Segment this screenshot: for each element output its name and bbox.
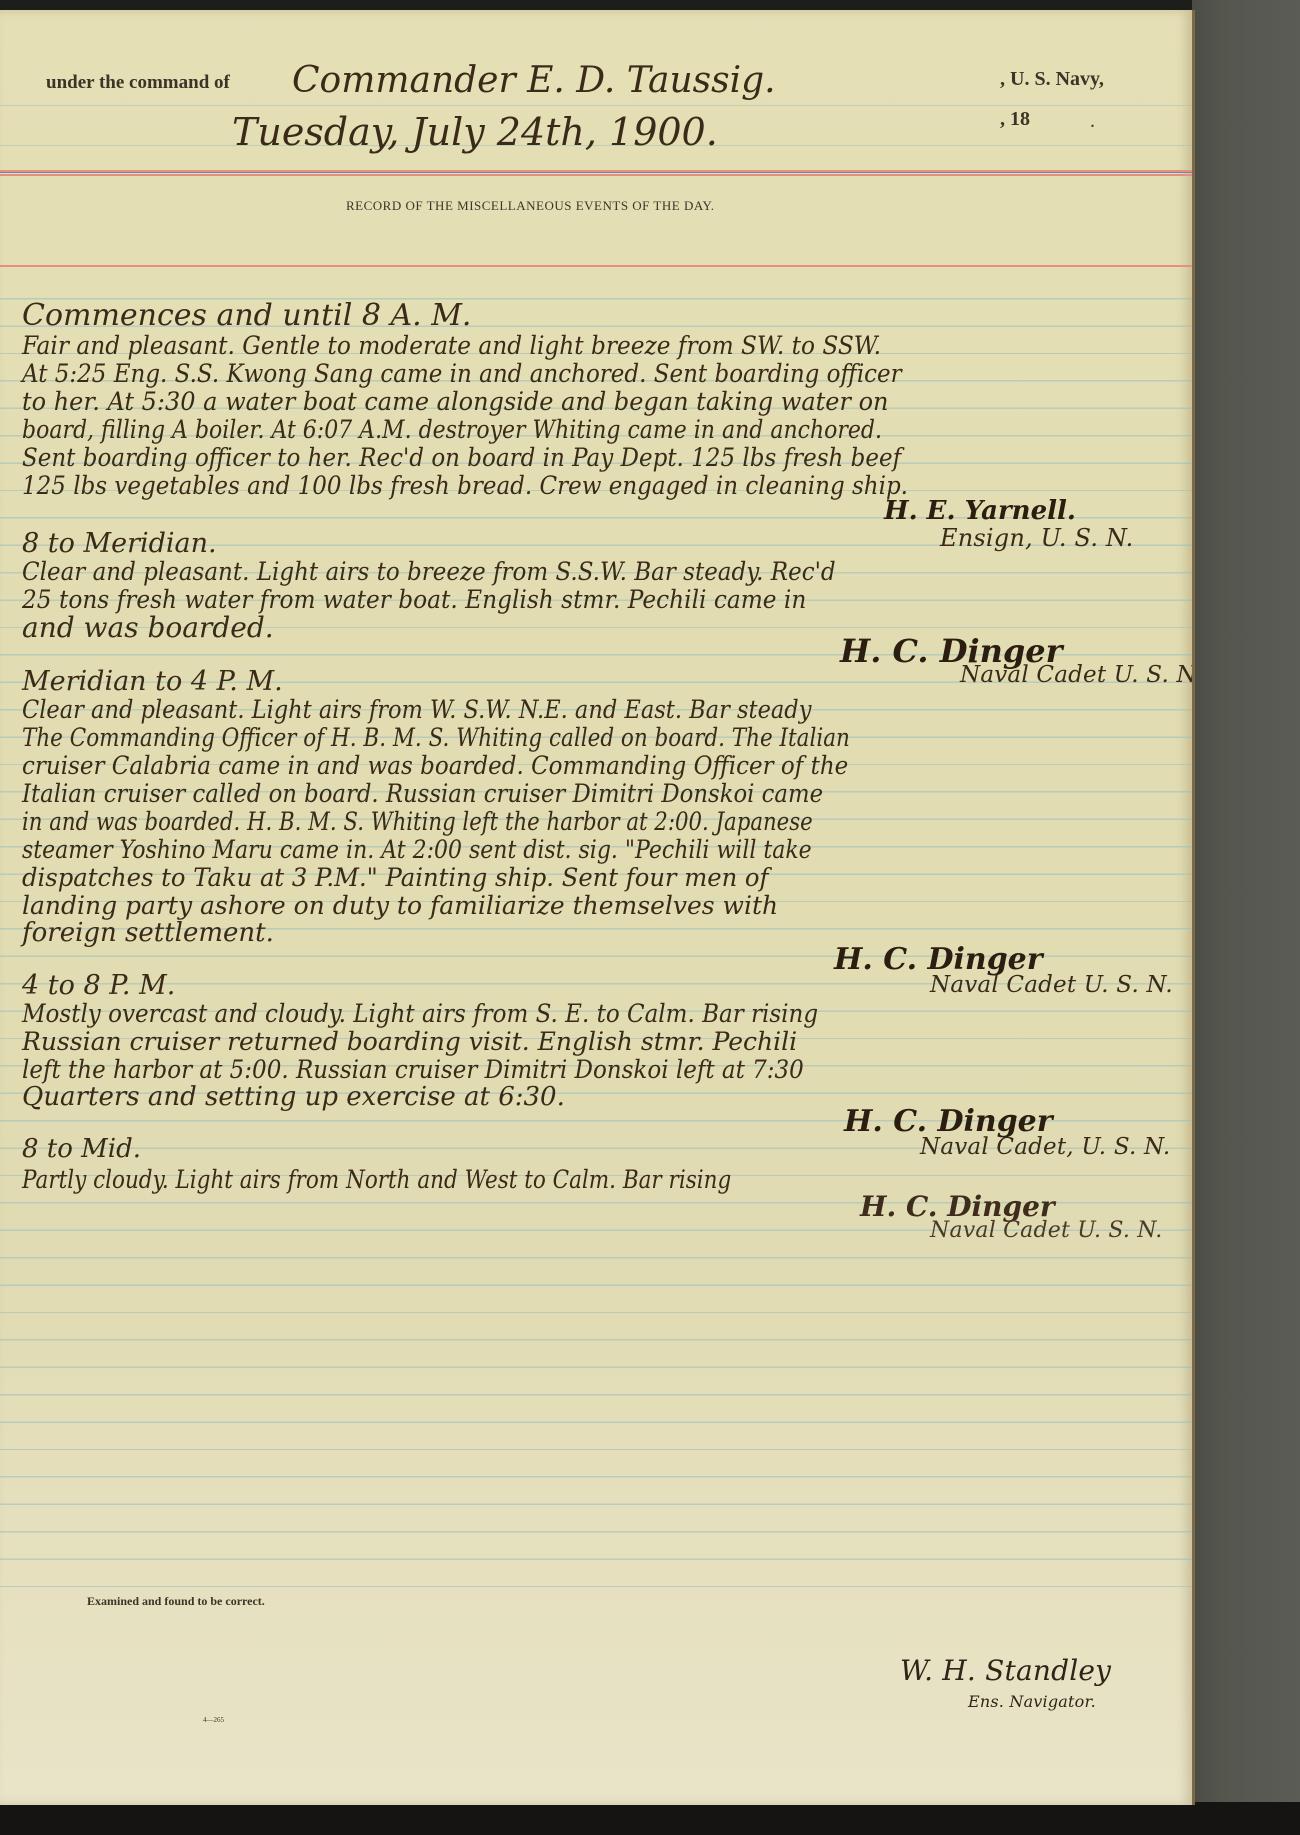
section-red-rule — [0, 265, 1192, 267]
log-line: Sent boarding officer to her. Rec'd on b… — [22, 444, 901, 471]
year-prefix: , 18 — [1000, 108, 1030, 131]
officer-rank: Ensign, U. S. N. — [940, 524, 1133, 552]
log-date: Tuesday, July 24th, 1900. — [232, 110, 718, 154]
watch-heading: Meridian to 4 P. M. — [22, 668, 283, 695]
watch-heading: 8 to Meridian. — [22, 530, 217, 557]
navigator-signature: W. H. Standley — [900, 1654, 1111, 1687]
header-red-rule — [0, 174, 1192, 176]
log-line: left the harbor at 5:00. Russian cruiser… — [22, 1056, 804, 1083]
log-line: dispatches to Taku at 3 P.M." Painting s… — [22, 864, 768, 891]
navigator-rank: Ens. Navigator. — [968, 1692, 1096, 1711]
officer-rank: Naval Cadet U. S. N. — [960, 662, 1195, 688]
log-line: At 5:25 Eng. S.S. Kwong Sang came in and… — [22, 360, 902, 387]
officer-rank: Naval Cadet U. S. N. — [930, 972, 1173, 998]
log-line: Clear and pleasant. Light airs from W. S… — [22, 696, 811, 723]
watch-heading: Commences and until 8 A. M. — [22, 302, 471, 329]
log-line: Quarters and setting up exercise at 6:30… — [22, 1084, 565, 1111]
log-line: Mostly overcast and cloudy. Light airs f… — [22, 1000, 818, 1027]
officer-signature: H. E. Yarnell. — [884, 496, 1076, 526]
log-line: board, filling A boiler. At 6:07 A.M. de… — [22, 416, 882, 443]
log-page: under the command of Commander E. D. Tau… — [0, 10, 1195, 1805]
navy-label: , U. S. Navy, — [1000, 68, 1104, 91]
command-label: under the command of — [46, 72, 230, 94]
commander-name: Commander E. D. Taussig. — [292, 60, 776, 101]
log-line: Partly cloudy. Light airs from North and… — [22, 1166, 731, 1193]
log-line: and was boarded. — [22, 614, 274, 641]
log-line: to her. At 5:30 a water boat came alongs… — [22, 388, 889, 415]
watch-heading: 4 to 8 P. M. — [22, 972, 175, 999]
log-line: Italian cruiser called on board. Russian… — [22, 780, 823, 807]
examined-label: Examined and found to be correct. — [87, 1594, 265, 1609]
log-line: 25 tons fresh water from water boat. Eng… — [22, 586, 806, 613]
watch-heading: 8 to Mid. — [22, 1136, 141, 1163]
log-line: cruiser Calabria came in and was boarded… — [22, 752, 848, 779]
form-number: 4—265 — [203, 1716, 224, 1724]
log-line: 125 lbs vegetables and 100 lbs fresh bre… — [22, 472, 908, 499]
officer-rank: Naval Cadet, U. S. N. — [920, 1134, 1170, 1160]
log-line: in and was boarded. H. B. M. S. Whiting … — [22, 808, 813, 835]
section-title: RECORD OF THE MISCELLANEOUS EVENTS OF TH… — [346, 198, 715, 214]
log-line: steamer Yoshino Maru came in. At 2:00 se… — [22, 836, 812, 863]
header-blue-rule — [0, 172, 1192, 173]
scan-background-bottom — [0, 1802, 1300, 1835]
log-line: foreign settlement. — [22, 920, 274, 947]
log-line: Clear and pleasant. Light airs to breeze… — [22, 558, 836, 585]
log-line: landing party ashore on duty to familiar… — [22, 892, 778, 919]
header-rule — [0, 105, 1192, 106]
log-line: Russian cruiser returned boarding visit.… — [22, 1028, 797, 1055]
officer-rank: Naval Cadet U. S. N. — [930, 1218, 1162, 1243]
scan-background-right — [1192, 0, 1300, 1835]
log-line: Fair and pleasant. Gentle to moderate an… — [22, 332, 881, 359]
year-dot: . — [1090, 110, 1095, 133]
log-line: The Commanding Officer of H. B. M. S. Wh… — [22, 724, 850, 751]
